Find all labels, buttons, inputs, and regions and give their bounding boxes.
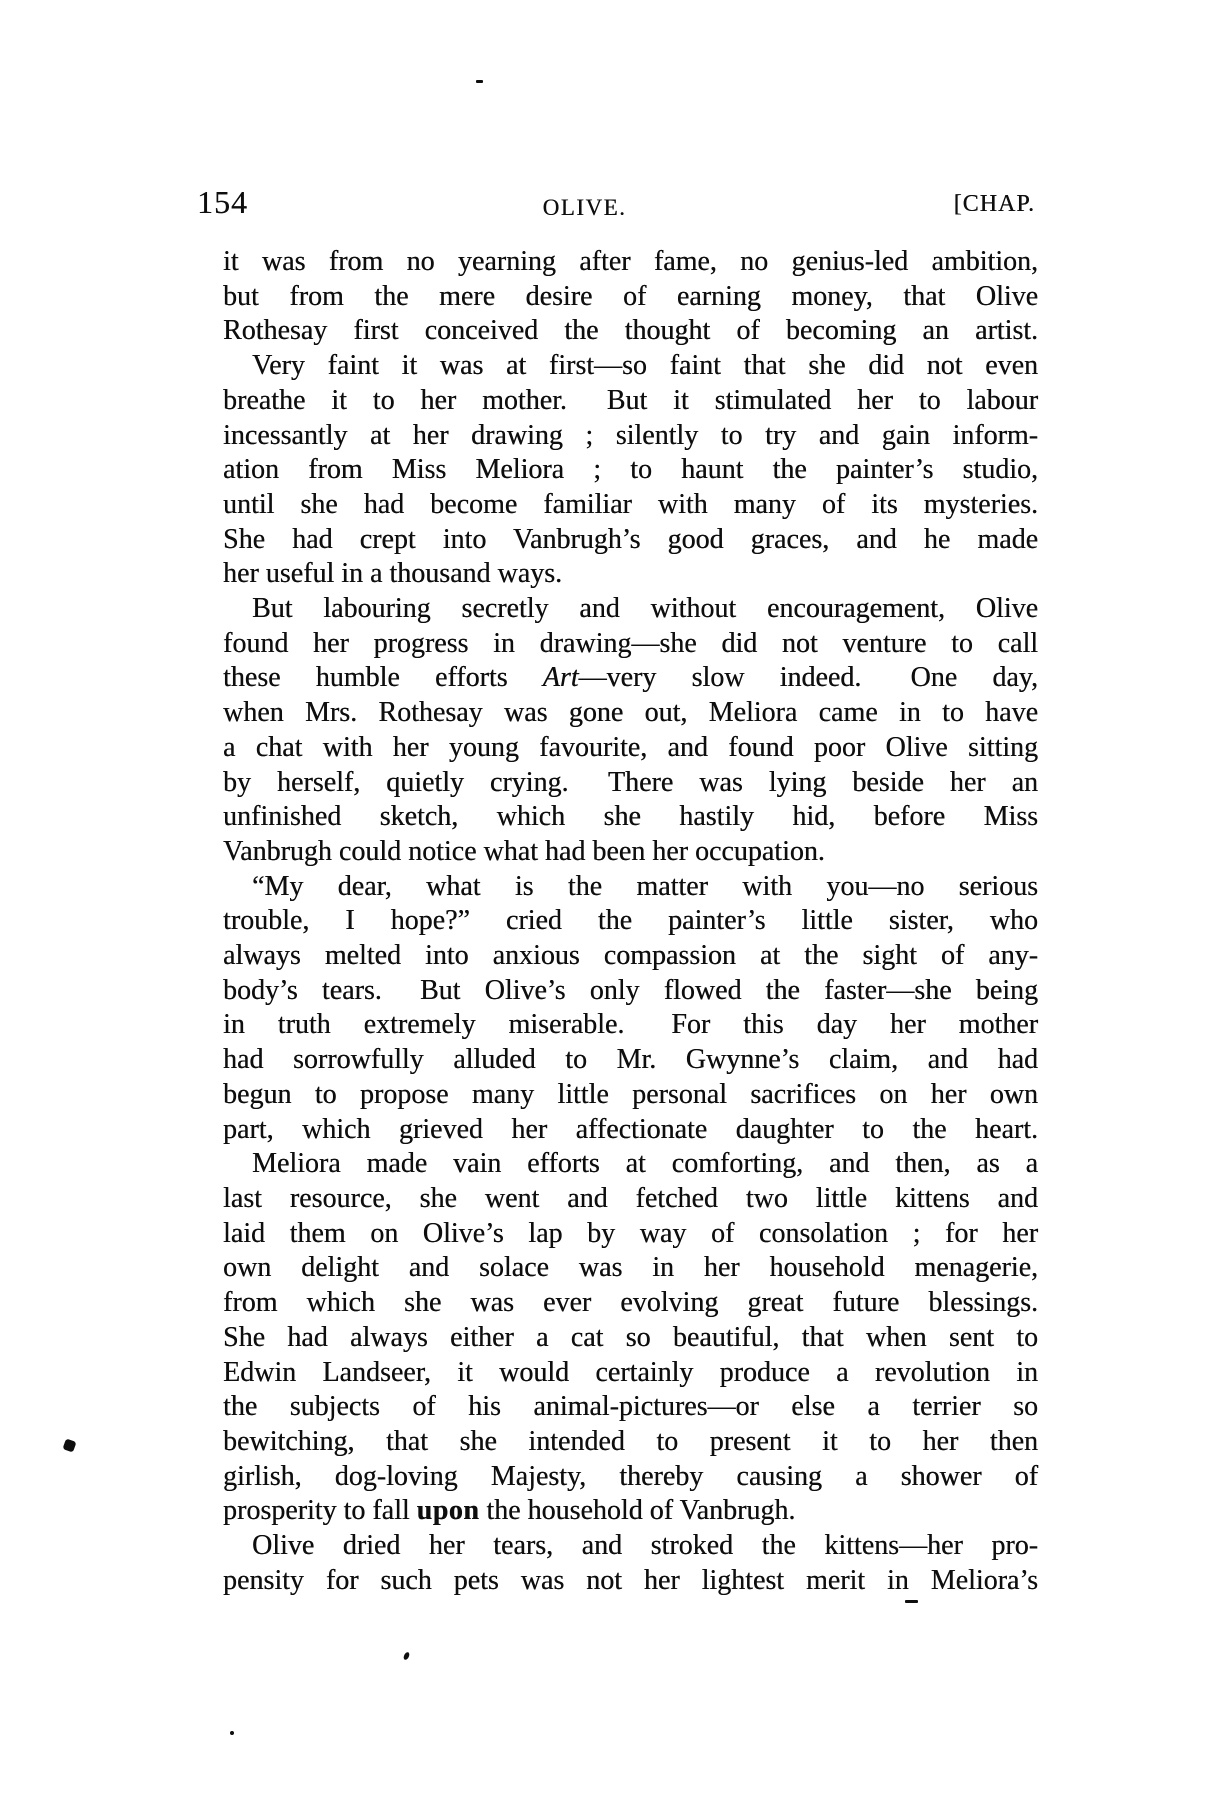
text-line: breathe it to her mother. But it stimula… (223, 384, 1038, 419)
ink-speck (476, 80, 483, 83)
text-line: laid them on Olive’s lap by way of conso… (223, 1217, 1038, 1252)
ink-speck (62, 1438, 76, 1452)
text-line: it was from no yearning after fame, no g… (223, 245, 1038, 280)
text-line: her useful in a thousand ways. (223, 557, 1038, 592)
text-line: begun to propose many little personal sa… (223, 1078, 1038, 1113)
text-line: bewitching, that she intended to present… (223, 1425, 1038, 1460)
text-line: She had crept into Vanbrugh’s good grace… (223, 523, 1038, 558)
ink-speck (403, 1651, 410, 1660)
ink-speck (905, 1600, 918, 1603)
text-line: always melted into anxious compassion at… (223, 939, 1038, 974)
text-line: but from the mere desire of earning mone… (223, 280, 1038, 315)
text-line: body’s tears. But Olive’s only flowed th… (223, 974, 1038, 1009)
text-line: “My dear, what is the matter with you—no… (223, 870, 1038, 905)
text-line: Meliora made vain efforts at comforting,… (223, 1147, 1038, 1182)
page-body: it was from no yearning after fame, no g… (223, 245, 1038, 1598)
text-line: Edwin Landseer, it would certainly produ… (223, 1356, 1038, 1391)
text-line: ation from Miss Meliora ; to haunt the p… (223, 453, 1038, 488)
text-line: pensity for such pets was not her lighte… (223, 1564, 1038, 1599)
text-line: until she had become familiar with many … (223, 488, 1038, 523)
text-line: when Mrs. Rothesay was gone out, Meliora… (223, 696, 1038, 731)
text-line: the subjects of his animal-pictures—or e… (223, 1390, 1038, 1425)
text-line: Very faint it was at first—so faint that… (223, 349, 1038, 384)
running-title: OLIVE. (177, 196, 992, 219)
chapter-marker: [CHAP. (954, 192, 1035, 216)
text-line: had sorrowfully alluded to Mr. Gwynne’s … (223, 1043, 1038, 1078)
text-line: trouble, I hope?” cried the painter’s li… (223, 904, 1038, 939)
text-line: these humble efforts Art—very slow indee… (223, 661, 1038, 696)
text-line: last resource, she went and fetched two … (223, 1182, 1038, 1217)
text-line: prosperity to fall upon the household of… (223, 1494, 1038, 1529)
text-line: Rothesay first conceived the thought of … (223, 314, 1038, 349)
text-line: part, which grieved her affectionate dau… (223, 1113, 1038, 1148)
text-line: own delight and solace was in her househ… (223, 1251, 1038, 1286)
text-line: Vanbrugh could notice what had been her … (223, 835, 1038, 870)
text-line: a chat with her young favourite, and fou… (223, 731, 1038, 766)
text-line: by herself, quietly crying. There was ly… (223, 766, 1038, 801)
text-line: from which she was ever evolving great f… (223, 1286, 1038, 1321)
text-line: Olive dried her tears, and stroked the k… (223, 1529, 1038, 1564)
book-page: 154 OLIVE. [CHAP. it was from no yearnin… (0, 0, 1214, 1808)
text-line: girlish, dog-loving Majesty, thereby cau… (223, 1460, 1038, 1495)
text-line: incessantly at her drawing ; silently to… (223, 419, 1038, 454)
text-line: She had always either a cat so beautiful… (223, 1321, 1038, 1356)
text-line: found her progress in drawing—she did no… (223, 627, 1038, 662)
text-line: unfinished sketch, which she hastily hid… (223, 800, 1038, 835)
text-line: But labouring secretly and without encou… (223, 592, 1038, 627)
ink-speck (230, 1731, 234, 1735)
text-line: in truth extremely miserable. For this d… (223, 1008, 1038, 1043)
